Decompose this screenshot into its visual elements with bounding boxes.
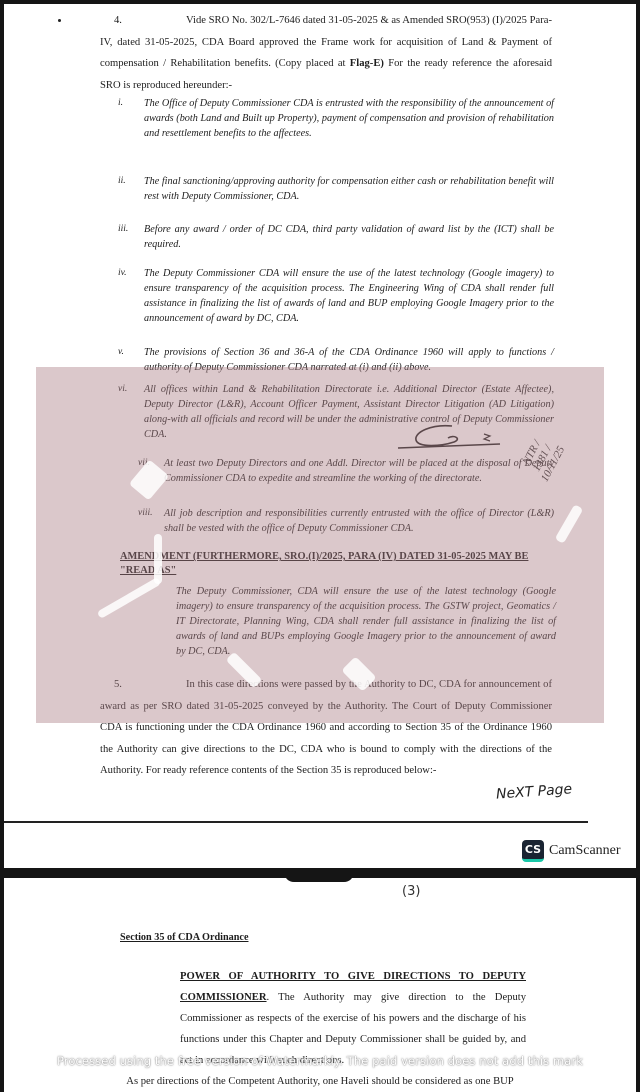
watermark-text: Processed using the free version of Wate… — [4, 1054, 636, 1068]
amendment-text: The Deputy Commissioner, CDA will ensure… — [176, 584, 556, 659]
amendment-heading: AMENDMENT (FURTHERMORE, SRO.(I)/2025, PA… — [120, 550, 556, 578]
sro-item-iii: iii. Before any award / order of DC CDA,… — [144, 222, 554, 252]
camscanner-badge: CS CamScanner — [522, 840, 621, 862]
sro-item-vii: vii. At least two Deputy Directors and o… — [164, 456, 554, 486]
decorative-shape — [555, 504, 584, 544]
scanned-page-1: 4.Vide SRO No. 302/L-7646 dated 31-05-20… — [4, 4, 636, 868]
paragraph-number: 4. — [100, 10, 186, 32]
sro-item-iv: iv. The Deputy Commissioner CDA will ens… — [144, 266, 554, 326]
page-edge-line — [4, 821, 588, 823]
paragraph-4: 4.Vide SRO No. 302/L-7646 dated 31-05-20… — [100, 10, 552, 96]
sro-item-ii: ii. The final sanctioning/approving auth… — [144, 174, 554, 204]
section-heading: Section 35 of CDA Ordinance — [120, 932, 248, 943]
camscanner-logo-icon: CS — [522, 840, 544, 862]
page-number: (3) — [402, 884, 420, 899]
decorative-shape — [97, 577, 162, 619]
handwritten-note: NeXT Page — [496, 781, 573, 802]
paragraph-number: 5. — [100, 674, 186, 696]
scanned-page-2: (3) Section 35 of CDA Ordinance POWER OF… — [4, 878, 636, 1092]
signature — [392, 422, 502, 454]
bullet-mark — [58, 19, 61, 22]
sro-item-viii: viii. All job description and responsibi… — [164, 506, 554, 536]
trailing-text: As per directions of the Competent Autho… — [4, 1076, 636, 1087]
paragraph-5: 5.In this case directions were passed by… — [100, 674, 552, 782]
flag-reference: Flag-E) — [350, 58, 384, 69]
scan-shadow — [284, 878, 354, 882]
camscanner-label: CamScanner — [549, 843, 621, 859]
sro-item-i: i. The Office of Deputy Commissioner CDA… — [144, 96, 554, 141]
sro-item-v: v. The provisions of Section 36 and 36-A… — [144, 345, 554, 375]
